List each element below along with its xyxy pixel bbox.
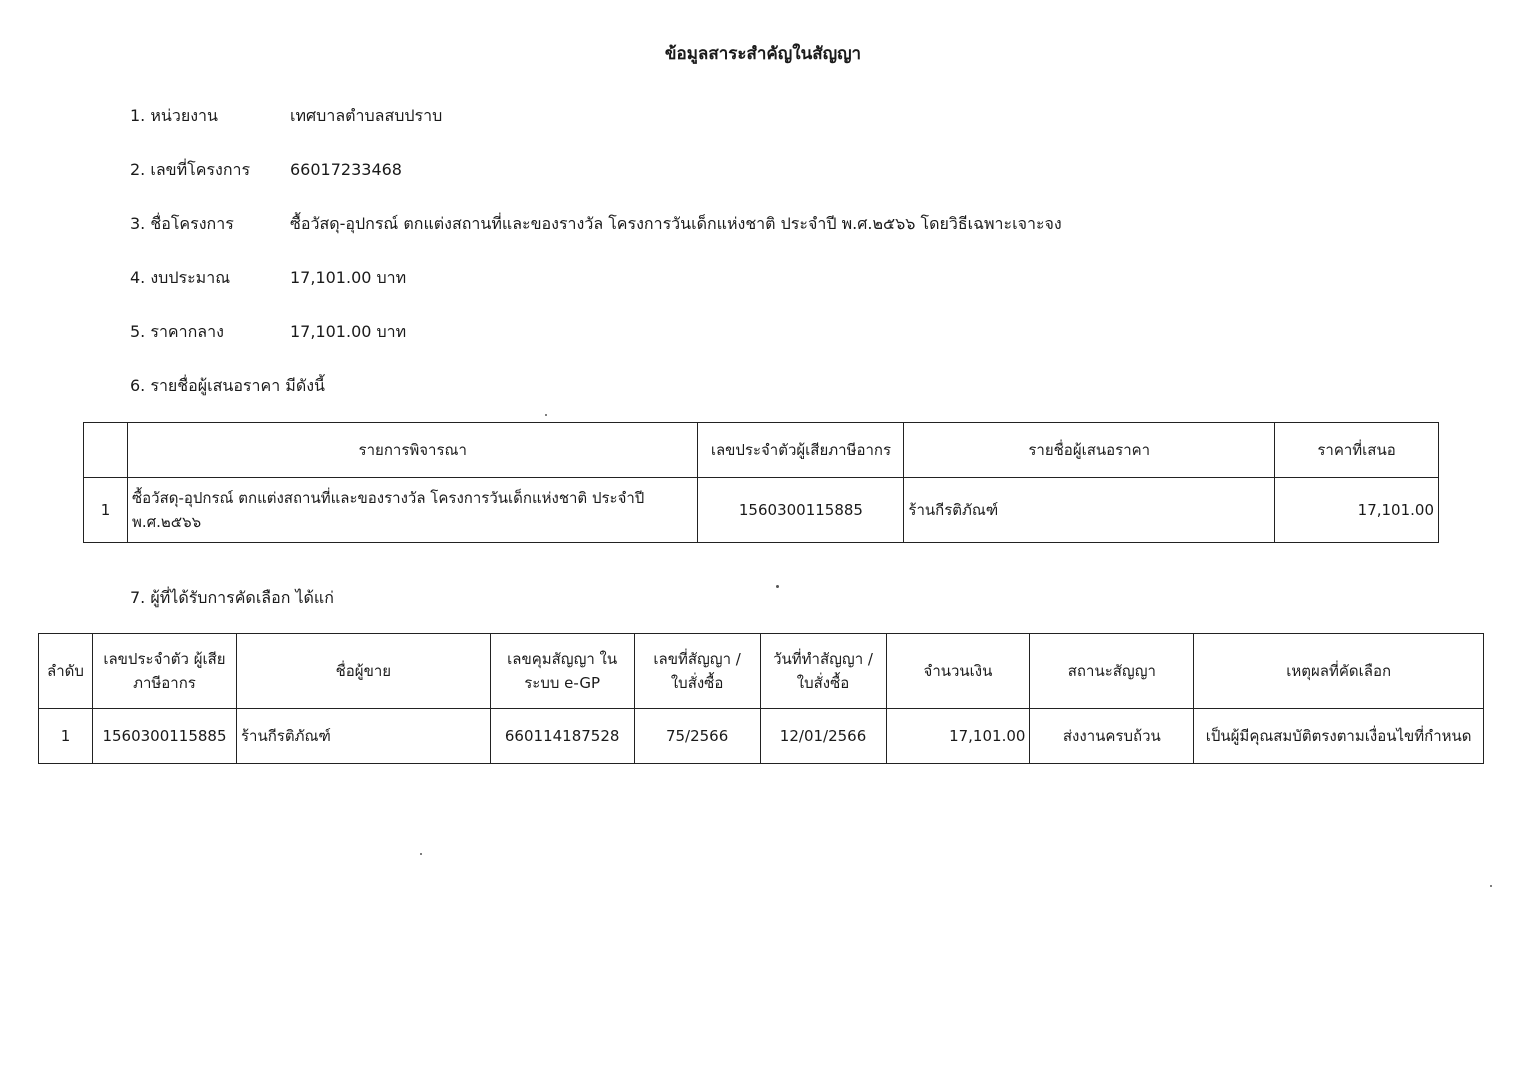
- winner-section-label: 7. ผู้ที่ได้รับการคัดเลือก ได้แก่: [130, 586, 334, 611]
- contract-number: 75/2566: [634, 709, 760, 764]
- scan-speck: [1490, 885, 1492, 887]
- field-label: 5. ราคากลาง: [130, 320, 290, 345]
- field-label: 2. เลขที่โครงการ: [130, 158, 290, 183]
- bidders-section-label: 6. รายชื่อผู้เสนอราคา มีดังนี้: [130, 374, 325, 399]
- table-header-row: ลำดับ เลขประจำตัว ผู้เสียภาษีอากร ชื่อผู…: [39, 634, 1484, 709]
- tax-id: 1560300115885: [92, 709, 236, 764]
- bidders-table: รายการพิจารณา เลขประจำตัวผู้เสียภาษีอากร…: [83, 422, 1439, 543]
- field-value: ซื้อวัสดุ-อุปกรณ์ ตกแต่งสถานที่และของราง…: [290, 212, 1062, 237]
- contract-date: 12/01/2566: [760, 709, 886, 764]
- row-number: 1: [84, 478, 128, 543]
- header-cell: เลขประจำตัวผู้เสียภาษีอากร: [698, 423, 904, 478]
- contract-status: ส่งงานครบถ้วน: [1030, 709, 1194, 764]
- header-cell: จำนวนเงิน: [886, 634, 1030, 709]
- field-value: 17,101.00 บาท: [290, 320, 406, 345]
- header-cell: เลขที่สัญญา / ใบสั่งซื้อ: [634, 634, 760, 709]
- field-value: 66017233468: [290, 160, 402, 179]
- tax-id: 1560300115885: [698, 478, 904, 543]
- table-row: 1 1560300115885 ร้านกีรติภัณฑ์ 660114187…: [39, 709, 1484, 764]
- bidder-name: ร้านกีรติภัณฑ์: [904, 478, 1275, 543]
- field-label: 3. ชื่อโครงการ: [130, 212, 290, 237]
- header-cell: เลขคุมสัญญา ในระบบ e-GP: [490, 634, 634, 709]
- field-project-number: 2. เลขที่โครงการ66017233468: [130, 158, 402, 183]
- scan-speck: [776, 585, 779, 588]
- header-cell: ชื่อผู้ขาย: [236, 634, 490, 709]
- egp-control-number: 660114187528: [490, 709, 634, 764]
- header-cell: รายการพิจารณา: [127, 423, 698, 478]
- header-cell: [84, 423, 128, 478]
- field-value: 17,101.00 บาท: [290, 266, 406, 291]
- selection-reason: เป็นผู้มีคุณสมบัติตรงตามเงื่อนไขที่กำหนด: [1194, 709, 1484, 764]
- field-label: 4. งบประมาณ: [130, 266, 290, 291]
- scan-speck: [545, 414, 547, 416]
- seller-name: ร้านกีรติภัณฑ์: [236, 709, 490, 764]
- table-header-row: รายการพิจารณา เลขประจำตัวผู้เสียภาษีอากร…: [84, 423, 1439, 478]
- field-agency: 1. หน่วยงานเทศบาลตำบลสบปราบ: [130, 104, 442, 129]
- header-cell: เลขประจำตัว ผู้เสียภาษีอากร: [92, 634, 236, 709]
- header-cell: วันที่ทำสัญญา / ใบสั่งซื้อ: [760, 634, 886, 709]
- amount: 17,101.00: [886, 709, 1030, 764]
- table-row: 1 ซื้อวัสดุ-อุปกรณ์ ตกแต่งสถานที่และของร…: [84, 478, 1439, 543]
- item-description: ซื้อวัสดุ-อุปกรณ์ ตกแต่งสถานที่และของราง…: [127, 478, 698, 543]
- field-value: เทศบาลตำบลสบปราบ: [290, 104, 442, 129]
- field-label: 1. หน่วยงาน: [130, 104, 290, 129]
- header-cell: สถานะสัญญา: [1030, 634, 1194, 709]
- row-number: 1: [39, 709, 93, 764]
- winner-table: ลำดับ เลขประจำตัว ผู้เสียภาษีอากร ชื่อผู…: [38, 633, 1484, 764]
- header-cell: ราคาที่เสนอ: [1275, 423, 1439, 478]
- field-budget: 4. งบประมาณ17,101.00 บาท: [130, 266, 406, 291]
- header-cell: เหตุผลที่คัดเลือก: [1194, 634, 1484, 709]
- header-cell: ลำดับ: [39, 634, 93, 709]
- header-cell: รายชื่อผู้เสนอราคา: [904, 423, 1275, 478]
- field-project-name: 3. ชื่อโครงการซื้อวัสดุ-อุปกรณ์ ตกแต่งสถ…: [130, 212, 1062, 237]
- document-title: ข้อมูลสาระสำคัญในสัญญา: [0, 40, 1526, 67]
- offered-price: 17,101.00: [1275, 478, 1439, 543]
- field-median-price: 5. ราคากลาง17,101.00 บาท: [130, 320, 406, 345]
- scan-speck: [420, 853, 422, 855]
